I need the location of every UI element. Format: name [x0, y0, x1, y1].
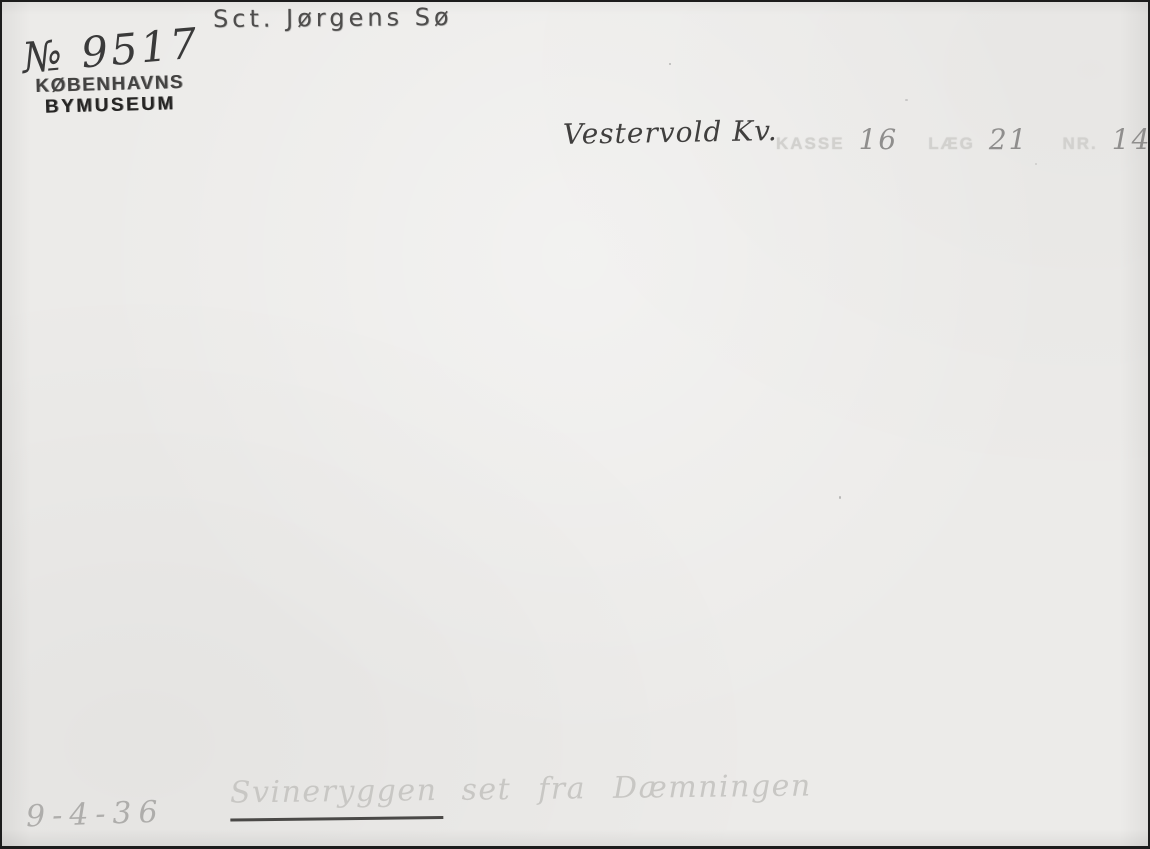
- description-handwriting: Svineryggenset fra Dæmningen: [230, 768, 812, 810]
- photo-verso-scan: Sct. Jørgens Sø № 9517 KØBENHAVNS BYMUSE…: [0, 0, 1150, 849]
- description-underlined-word: Svineryggen: [230, 773, 444, 822]
- district-handwriting: Vestervold Kv.: [563, 114, 778, 151]
- kasse-stamp-label: KASSE: [776, 134, 845, 154]
- paper-speck: [839, 496, 841, 499]
- paper-speck: [669, 63, 671, 65]
- nr-value-handwriting: 14: [1112, 123, 1150, 156]
- museum-stamp: KØBENHAVNS BYMUSEUM: [29, 72, 190, 118]
- laeg-value-handwriting: 21: [989, 123, 1029, 156]
- description-rest: set fra Dæmningen: [461, 768, 812, 807]
- laeg-stamp-label: LÆG: [928, 134, 975, 154]
- site-caption-handwriting: Sct. Jørgens Sø: [213, 3, 453, 33]
- paper-speck: [1035, 163, 1037, 165]
- museum-stamp-line2: BYMUSEUM: [30, 93, 190, 118]
- nr-stamp-label: NR.: [1062, 134, 1097, 154]
- date-handwriting: 9-4-36: [25, 795, 165, 835]
- archive-catalog-row: KASSE 16 LÆG 21 NR. 14: [776, 123, 1150, 156]
- paper-speck: [905, 99, 908, 101]
- kasse-value-handwriting: 16: [859, 123, 899, 156]
